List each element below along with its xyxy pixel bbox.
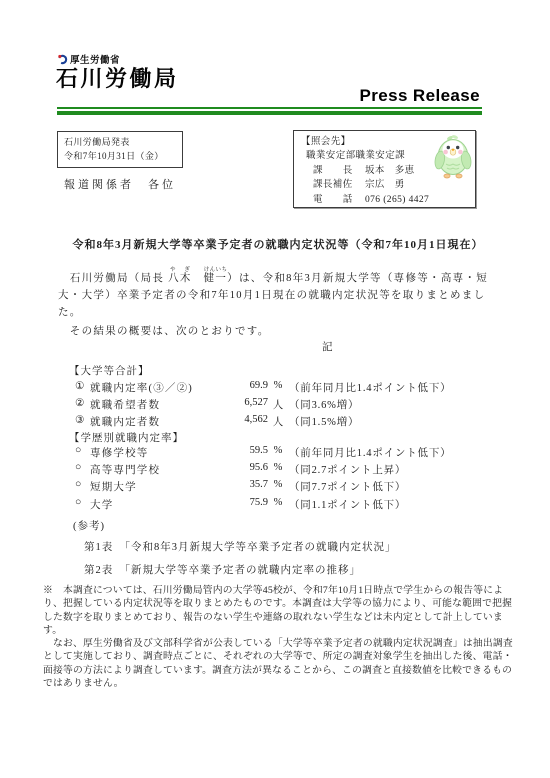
row-note: （同3.6%増） [289, 397, 359, 412]
contact-label: 課 長 [313, 164, 353, 178]
row-note: （同1.5%増） [289, 414, 359, 429]
footnotes: ※ 本調査については、石川労働局管内の大学等45校が、令和7年10月1日時点で学… [43, 584, 513, 690]
director-name-yagi: 八木や ぎ [168, 273, 192, 284]
director-name-kenichi: 健一けんいち [204, 273, 228, 284]
data-row: ②就職希望者数6,527人（同3.6%増） [75, 397, 451, 414]
row-value: 95.6 [237, 462, 268, 473]
row-label: 就職内定者数 [90, 414, 237, 429]
row-marker: ③ [75, 414, 90, 426]
row-value: 6,527 [237, 397, 268, 408]
section-heading-by-education: 【学歴別就職内定率】 [69, 430, 184, 445]
row-label: 高等専門学校 [90, 462, 237, 477]
row-marker: ② [75, 397, 90, 409]
announce-box: 石川労働局発表 令和7年10月31日（金） [57, 131, 183, 168]
row-unit: % [271, 497, 285, 508]
row-marker: ① [75, 380, 90, 392]
row-marker: ○ [75, 479, 90, 490]
row-note: （前年同月比1.4ポイント低下） [289, 380, 451, 395]
row-label: 就職内定率(③／②) [90, 380, 237, 395]
contact-label: 電 話 [313, 193, 353, 207]
section-heading-university-total: 【大学等合計】 [69, 363, 150, 378]
furigana: や ぎ [168, 267, 192, 273]
footnote-paragraph-2: なお、厚生労働省及び文部科学省が公表している「大学等卒業予定者の就職内定状況調査… [43, 637, 513, 690]
body-paragraph-1: 石川労働局（局長 八木や ぎ 健一けんいち）は、令和8年3月新規大学等（専修等・… [58, 267, 502, 321]
bureau-title: 石川労働局 [56, 62, 179, 93]
by-education-rows: ○専修学校等59.5%（前年同月比1.4ポイント低下） ○高等専門学校95.6%… [75, 445, 451, 514]
data-row: ○専修学校等59.5%（前年同月比1.4ポイント低下） [75, 445, 451, 462]
addressee: 報道関係者 各位 [64, 176, 176, 192]
paragraph-text: 石川労働局（局長 [58, 273, 168, 284]
furigana: けんいち [204, 267, 228, 273]
row-marker: ○ [75, 462, 90, 473]
reference-heading: (参考) [73, 518, 105, 533]
footnote-paragraph-1: ※ 本調査については、石川労働局管内の大学等45校が、令和7年10月1日時点で学… [43, 584, 513, 637]
press-release-label: Press Release [300, 86, 480, 106]
data-row: ①就職内定率(③／②)69.9%（前年同月比1.4ポイント低下） [75, 380, 451, 397]
row-unit: 人 [271, 397, 285, 412]
row-marker: ○ [75, 497, 90, 508]
row-label: 就職希望者数 [90, 397, 237, 412]
contact-value: 坂本 多恵 [365, 166, 415, 176]
row-note: （同2.7ポイント上昇） [289, 462, 406, 477]
row-unit: % [271, 479, 285, 490]
contact-box: 【照会先】 職業安定部職業安定課 課 長坂本 多恵 課長補佐宗広 勇 電 話07… [293, 130, 476, 208]
reference-item-table1: 第1表 「令和8年3月新規大学等卒業予定者の就職内定状況」 [84, 539, 397, 554]
announce-source: 石川労働局発表 [64, 135, 176, 149]
reference-item-table2: 第2表 「新規大学等卒業予定者の就職内定率の推移」 [84, 562, 361, 577]
data-row: ○高等専門学校95.6%（同2.7ポイント上昇） [75, 462, 451, 479]
mascot-owl-icon [433, 133, 473, 181]
body-paragraph-2: その結果の概要は、次のとおりです。 [58, 323, 502, 340]
header-rule [57, 107, 482, 115]
document-title: 令和8年3月新規大学等卒業予定者の就職内定状況等（令和7年10月1日現在） [57, 236, 499, 252]
row-marker: ○ [75, 445, 90, 456]
row-unit: % [271, 445, 285, 456]
row-value: 69.9 [237, 380, 268, 391]
row-value: 35.7 [237, 479, 268, 490]
row-value: 75.9 [237, 497, 268, 508]
data-row: ○短期大学35.7%（同7.7ポイント低下） [75, 479, 451, 496]
ki-marker: 記 [322, 339, 334, 354]
row-unit: % [271, 462, 285, 473]
row-label: 短期大学 [90, 479, 237, 494]
announce-date: 令和7年10月31日（金） [64, 149, 176, 163]
contact-label: 課長補佐 [313, 178, 353, 192]
row-unit: % [271, 380, 285, 391]
data-row: ③就職内定者数4,562人（同1.5%増） [75, 414, 451, 431]
row-label: 専修学校等 [90, 445, 237, 460]
row-note: （同1.1ポイント低下） [289, 497, 406, 512]
row-note: （同7.7ポイント低下） [289, 479, 406, 494]
data-row: ○大学75.9%（同1.1ポイント低下） [75, 497, 451, 514]
summary-rows: ①就職内定率(③／②)69.9%（前年同月比1.4ポイント低下） ②就職希望者数… [75, 380, 451, 432]
contact-value: 宗広 勇 [365, 180, 405, 190]
contact-value: 076 (265) 4427 [365, 195, 429, 205]
row-label: 大学 [90, 497, 237, 512]
row-value: 59.5 [237, 445, 268, 456]
row-unit: 人 [271, 414, 285, 429]
press-release-page: 厚生労働省 石川労働局 Press Release 石川労働局発表 令和7年10… [0, 0, 550, 778]
row-value: 4,562 [237, 414, 268, 425]
contact-row: 電 話076 (265) 4427 [301, 193, 469, 207]
row-note: （前年同月比1.4ポイント低下） [289, 445, 451, 460]
